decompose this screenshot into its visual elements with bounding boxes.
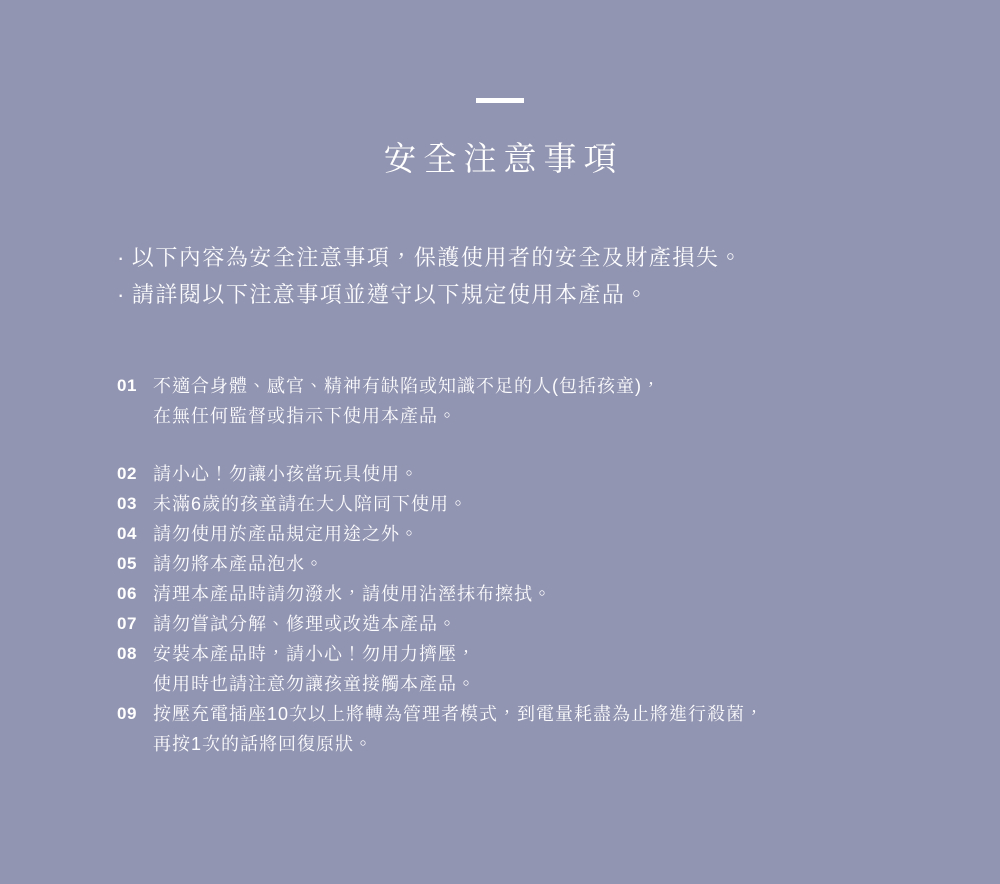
item-text-line: 按壓充電插座10次以上將轉為管理者模式，到電量耗盡為止將進行殺菌， (153, 699, 764, 729)
page-title: 安全注意事項 (0, 133, 1000, 180)
safety-item: 04 請勿使用於產品規定用途之外。 (117, 519, 764, 549)
item-text: 請勿將本產品泡水。 (153, 549, 764, 579)
intro-text: 以下內容為安全注意事項，保護使用者的安全及財產損失。 (132, 239, 743, 276)
item-number: 04 (117, 519, 153, 549)
item-text: 不適合身體、感官、精神有缺陷或知識不足的人(包括孩童)， 在無任何監督或指示下使… (153, 371, 764, 431)
item-text-line: 在無任何監督或指示下使用本產品。 (153, 401, 764, 431)
item-text: 清理本產品時請勿潑水，請使用沾溼抹布擦拭。 (153, 579, 764, 609)
bullet-icon: · (117, 239, 126, 276)
item-number: 05 (117, 549, 153, 579)
safety-item: 05 請勿將本產品泡水。 (117, 549, 764, 579)
item-text-line: 請勿嘗試分解、修理或改造本產品。 (153, 609, 764, 639)
safety-item: 01 不適合身體、感官、精神有缺陷或知識不足的人(包括孩童)， 在無任何監督或指… (117, 371, 764, 431)
item-text: 請勿嘗試分解、修理或改造本產品。 (153, 609, 764, 639)
safety-items-list: 01 不適合身體、感官、精神有缺陷或知識不足的人(包括孩童)， 在無任何監督或指… (117, 371, 764, 759)
title-divider (476, 98, 524, 103)
item-number: 01 (117, 371, 153, 401)
item-text-line: 未滿6歲的孩童請在大人陪同下使用。 (153, 489, 764, 519)
intro-section: · 以下內容為安全注意事項，保護使用者的安全及財產損失。 · 請詳閱以下注意事項… (117, 239, 743, 313)
item-text: 未滿6歲的孩童請在大人陪同下使用。 (153, 489, 764, 519)
item-number: 08 (117, 639, 153, 669)
item-text-line: 使用時也請注意勿讓孩童接觸本產品。 (153, 669, 764, 699)
item-text: 請小心！勿讓小孩當玩具使用。 (153, 459, 764, 489)
item-text-line: 再按1次的話將回復原狀。 (153, 729, 764, 759)
item-text-line: 安裝本產品時，請小心！勿用力擠壓， (153, 639, 764, 669)
item-text: 安裝本產品時，請小心！勿用力擠壓， 使用時也請注意勿讓孩童接觸本產品。 (153, 639, 764, 699)
item-number: 09 (117, 699, 153, 729)
safety-item: 02 請小心！勿讓小孩當玩具使用。 (117, 459, 764, 489)
safety-item: 09 按壓充電插座10次以上將轉為管理者模式，到電量耗盡為止將進行殺菌， 再按1… (117, 699, 764, 759)
item-number: 03 (117, 489, 153, 519)
intro-line: · 請詳閱以下注意事項並遵守以下規定使用本產品。 (117, 276, 743, 313)
safety-item: 06 清理本產品時請勿潑水，請使用沾溼抹布擦拭。 (117, 579, 764, 609)
intro-line: · 以下內容為安全注意事項，保護使用者的安全及財產損失。 (117, 239, 743, 276)
item-text-line: 清理本產品時請勿潑水，請使用沾溼抹布擦拭。 (153, 579, 764, 609)
intro-text: 請詳閱以下注意事項並遵守以下規定使用本產品。 (132, 276, 649, 313)
safety-item: 08 安裝本產品時，請小心！勿用力擠壓， 使用時也請注意勿讓孩童接觸本產品。 (117, 639, 764, 699)
safety-item: 07 請勿嘗試分解、修理或改造本產品。 (117, 609, 764, 639)
bullet-icon: · (117, 276, 126, 313)
item-number: 07 (117, 609, 153, 639)
item-text-line: 請勿將本產品泡水。 (153, 549, 764, 579)
item-number: 02 (117, 459, 153, 489)
item-number: 06 (117, 579, 153, 609)
item-text: 請勿使用於產品規定用途之外。 (153, 519, 764, 549)
item-text-line: 請小心！勿讓小孩當玩具使用。 (153, 459, 764, 489)
safety-notice-page: 安全注意事項 · 以下內容為安全注意事項，保護使用者的安全及財產損失。 · 請詳… (0, 0, 1000, 884)
item-text-line: 不適合身體、感官、精神有缺陷或知識不足的人(包括孩童)， (153, 371, 764, 401)
item-text-line: 請勿使用於產品規定用途之外。 (153, 519, 764, 549)
safety-item: 03 未滿6歲的孩童請在大人陪同下使用。 (117, 489, 764, 519)
item-text: 按壓充電插座10次以上將轉為管理者模式，到電量耗盡為止將進行殺菌， 再按1次的話… (153, 699, 764, 759)
